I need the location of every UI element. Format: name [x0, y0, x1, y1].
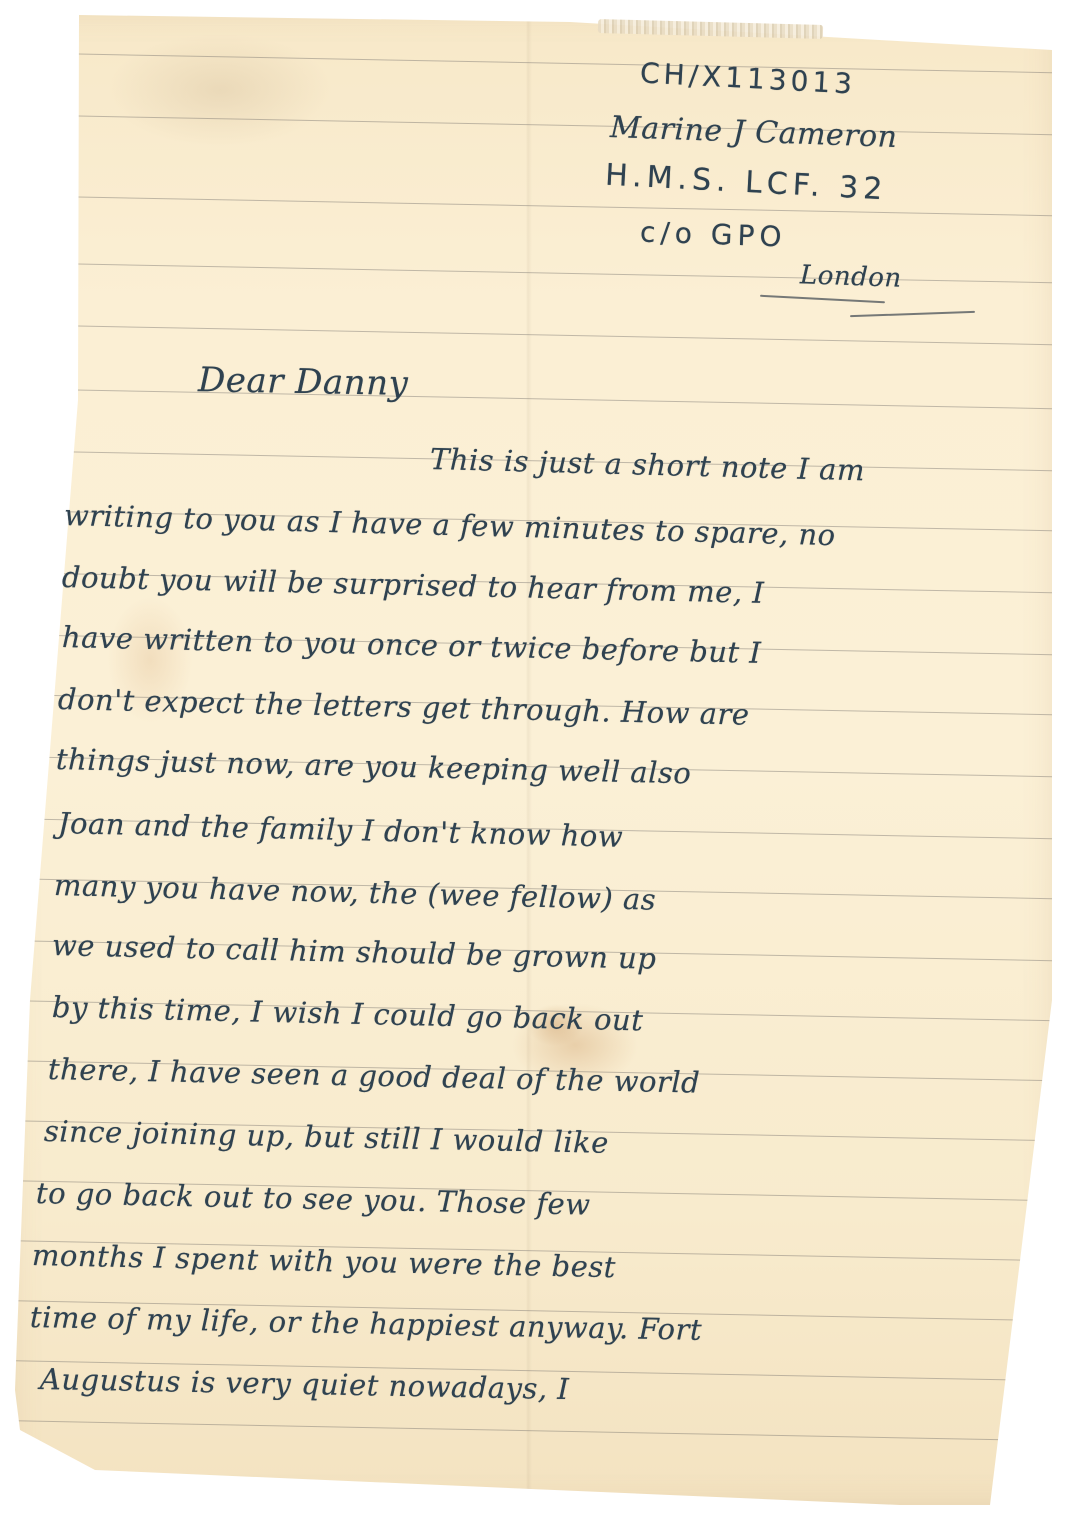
care-of-line: c/o GPO: [639, 215, 787, 253]
city: London: [800, 260, 903, 294]
salutation: Dear Danny: [198, 360, 409, 404]
